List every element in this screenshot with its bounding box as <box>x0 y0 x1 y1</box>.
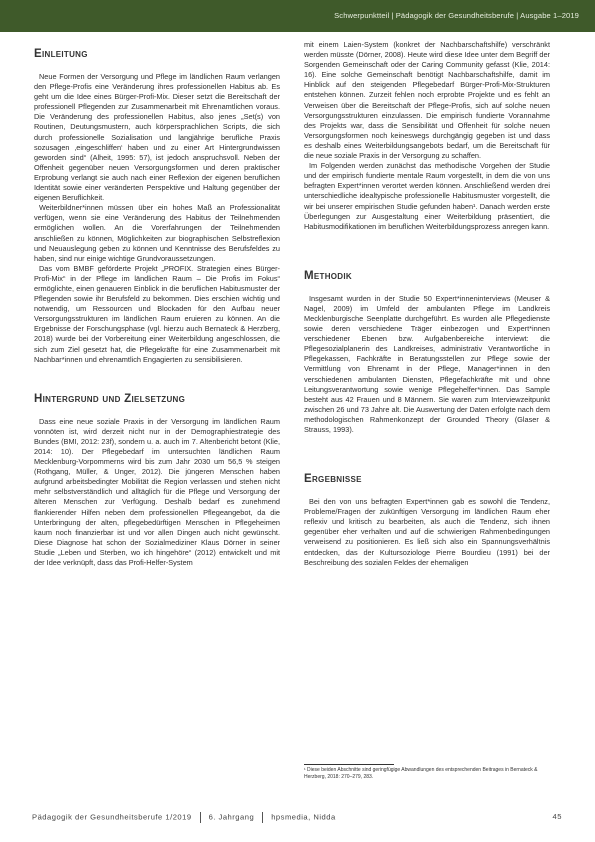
section-title-einleitung: Einleitung <box>34 48 280 60</box>
paragraph-continued: mit einem Laien-System (konkret der Nach… <box>304 40 550 161</box>
running-header-bar: Schwerpunktteil | Pädagogik der Gesundhe… <box>0 0 595 32</box>
footnote-divider <box>304 764 394 765</box>
paragraph: Bei den von uns befragten Expert*innen g… <box>304 497 550 568</box>
page-number: 45 <box>553 812 562 821</box>
section-title-methodik: Methodik <box>304 270 550 282</box>
paragraph: Dass eine neue soziale Praxis in der Ver… <box>34 417 280 568</box>
footer-publisher: hpsmedia, Nidda <box>271 813 336 822</box>
paragraph: Neue Formen der Versorgung und Pflege im… <box>34 72 280 203</box>
left-column: Einleitung Neue Formen der Versorgung un… <box>34 40 280 568</box>
footer-journal: Pädagogik der Gesundheitsberufe 1/2019 <box>32 813 192 822</box>
footer-divider <box>262 812 263 823</box>
right-column: mit einem Laien-System (konkret der Nach… <box>304 40 550 568</box>
paragraph: Im Folgenden werden zunächst das methodi… <box>304 161 550 232</box>
section-title-hintergrund: Hintergrund und Zielsetzung <box>34 393 280 405</box>
paragraph: Insgesamt wurden in der Studie 50 Expert… <box>304 294 550 435</box>
footer-divider <box>200 812 201 823</box>
paragraph: Weiterbildner*innen müssen über ein hohe… <box>34 203 280 264</box>
section-title-ergebnisse: Ergebnisse <box>304 473 550 485</box>
footnote: ¹ Diese beiden Abschnitte sind geringfüg… <box>304 767 554 781</box>
paragraph: Das vom BMBF geförderte Projekt „PROFIX.… <box>34 264 280 365</box>
page-footer: Pädagogik der Gesundheitsberufe 1/20196.… <box>32 812 562 823</box>
footer-volume: 6. Jahrgang <box>209 813 255 822</box>
running-header-title: Schwerpunktteil | Pädagogik der Gesundhe… <box>334 11 579 20</box>
